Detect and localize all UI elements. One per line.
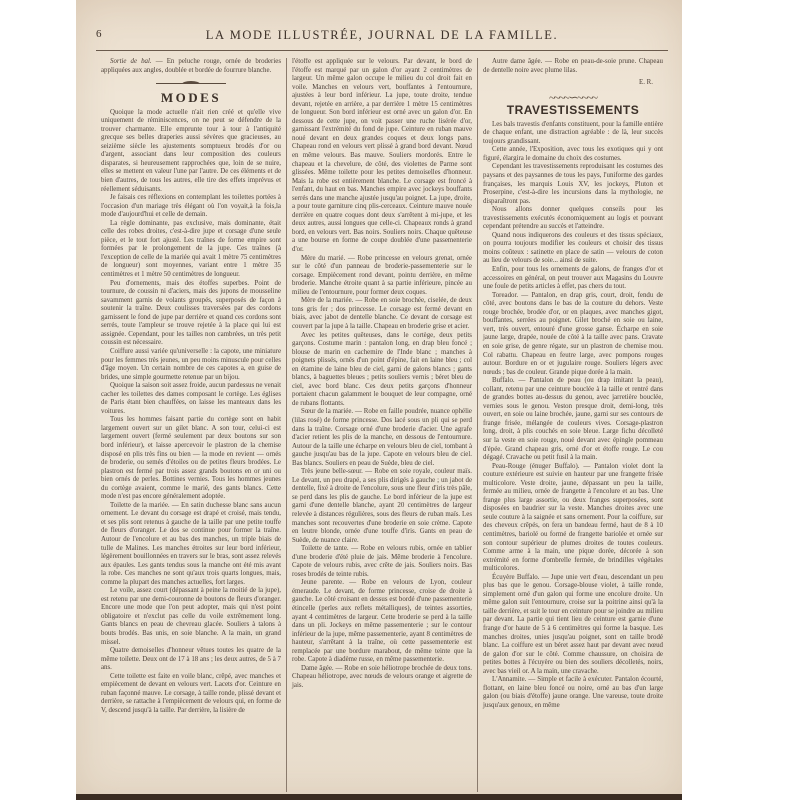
paragraph: Autre dame âgée. — Robe en peau-de-soie … — [483, 58, 663, 75]
paragraph: Les bals travestis d'enfants constituent… — [483, 121, 663, 147]
paragraph: Toilette de tante. — Robe en velours rub… — [292, 545, 472, 579]
newspaper-page: 6 LA MODE ILLUSTRÉE, JOURNAL DE LA FAMIL… — [76, 0, 682, 800]
item-lead: Sortie de bal. — [110, 58, 152, 65]
paragraph: Écuyère Buffalo. — Jupe unie vert d'eau,… — [483, 574, 663, 677]
paragraph: Mère du marié. — Robe princesse en velou… — [292, 255, 472, 298]
paragraph: Cette année, l'Exposition, avec tous les… — [483, 146, 663, 163]
paragraph: Quatre demoiselles d'honneur vêtues tout… — [101, 647, 281, 673]
section-title-travestissements: TRAVESTISSEMENTS — [483, 106, 663, 115]
paragraph: Dame âgée. — Robe en soie héliotrope bro… — [292, 665, 472, 691]
paragraph: Cependant les travestissements reproduis… — [483, 163, 663, 206]
paragraph: Peu d'ornements, mais des étoffes superb… — [101, 280, 281, 348]
paragraph: Buffalo. — Pantalon de peau (ou drap imi… — [483, 377, 663, 462]
journal-title: LA MODE ILLUSTRÉE, JOURNAL DE LA FAMILLE… — [96, 28, 668, 43]
paragraph: Nous allons donner quelques conseils pou… — [483, 206, 663, 232]
paragraph: l'étoffe est appliquée sur le velours. P… — [292, 58, 472, 255]
paragraph: Cette toilette est faite en voile blanc,… — [101, 673, 281, 716]
paragraph: La règle dominante, pas exclusive, mais … — [101, 220, 281, 280]
paragraph: Quand nous indiquerons des couleurs et d… — [483, 232, 663, 266]
paragraph: Peau-Rouge (énuger Buffalo). — Pantalon … — [483, 463, 663, 574]
paragraph: Enfin, pour tous les ornements de galons… — [483, 266, 663, 292]
paragraph: L'Annamite. — Simple et facile à exécute… — [483, 676, 663, 710]
paragraph: Quoique la mode actuelle n'ait rien créé… — [101, 109, 281, 194]
paragraph: Coiffure aussi variée qu'universelle : l… — [101, 348, 281, 382]
paragraph: Tous les hommes faisant partie du cortèg… — [101, 416, 281, 501]
paragraph: Mère de la mariée. — Robe en soie broché… — [292, 297, 472, 331]
paragraph: Quoique la saison soit assez froide, auc… — [101, 382, 281, 416]
paragraph: Jeune parente. — Robe en velours de Lyon… — [292, 579, 472, 664]
column-2: l'étoffe est appliquée sur le velours. P… — [286, 58, 477, 792]
article-columns: Sortie de bal. — En peluche rouge, ornée… — [96, 58, 668, 792]
paragraph: Très jeune belle-sœur. — Robe en soie ro… — [292, 468, 472, 545]
ornamental-rule — [156, 83, 226, 88]
section-title-modes: MODES — [101, 94, 281, 103]
ornament-divider: ~~~~∽~~~~ — [483, 94, 663, 103]
sortie-de-bal-paragraph: Sortie de bal. — En peluche rouge, ornée… — [101, 58, 281, 75]
paragraph: Toilette de la mariée. — En satin duches… — [101, 502, 281, 587]
paragraph: Avec les petites quêteuses, dans le cort… — [292, 332, 472, 409]
author-signature: E. R. — [483, 79, 663, 88]
paragraph: Toreador. — Pantalon, en drap gris, cour… — [483, 292, 663, 377]
column-3: Autre dame âgée. — Robe en peau-de-soie … — [477, 58, 668, 792]
paragraph: Sœur de la mariée. — Robe en faille poud… — [292, 408, 472, 468]
column-1: Sortie de bal. — En peluche rouge, ornée… — [96, 58, 286, 792]
paragraph: Le voile, assez court (dépassant à peine… — [101, 587, 281, 647]
paragraph: Je faisais ces réflexions en contemplant… — [101, 194, 281, 220]
page-header: 6 LA MODE ILLUSTRÉE, JOURNAL DE LA FAMIL… — [96, 28, 668, 51]
